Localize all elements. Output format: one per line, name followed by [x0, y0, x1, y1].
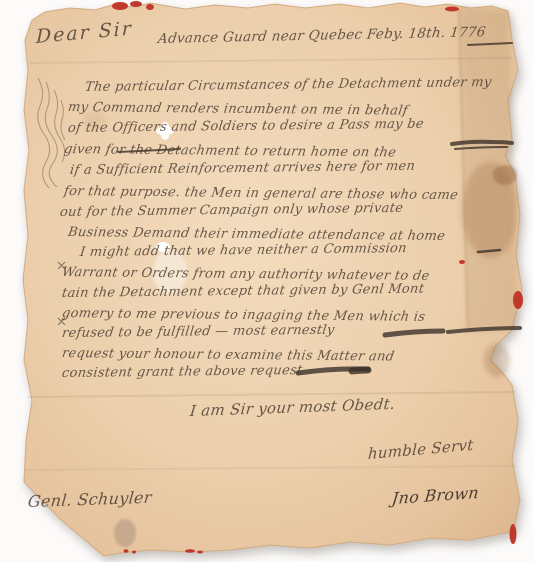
body-line: consistent grant the above request: [61, 363, 303, 381]
stain-right-small: [493, 165, 517, 185]
letter-photograph: Dear Sir Advance Guard near Quebec Feby.…: [0, 0, 533, 562]
stain-right-notch: [484, 343, 510, 377]
stain-bottom-left: [114, 519, 136, 547]
